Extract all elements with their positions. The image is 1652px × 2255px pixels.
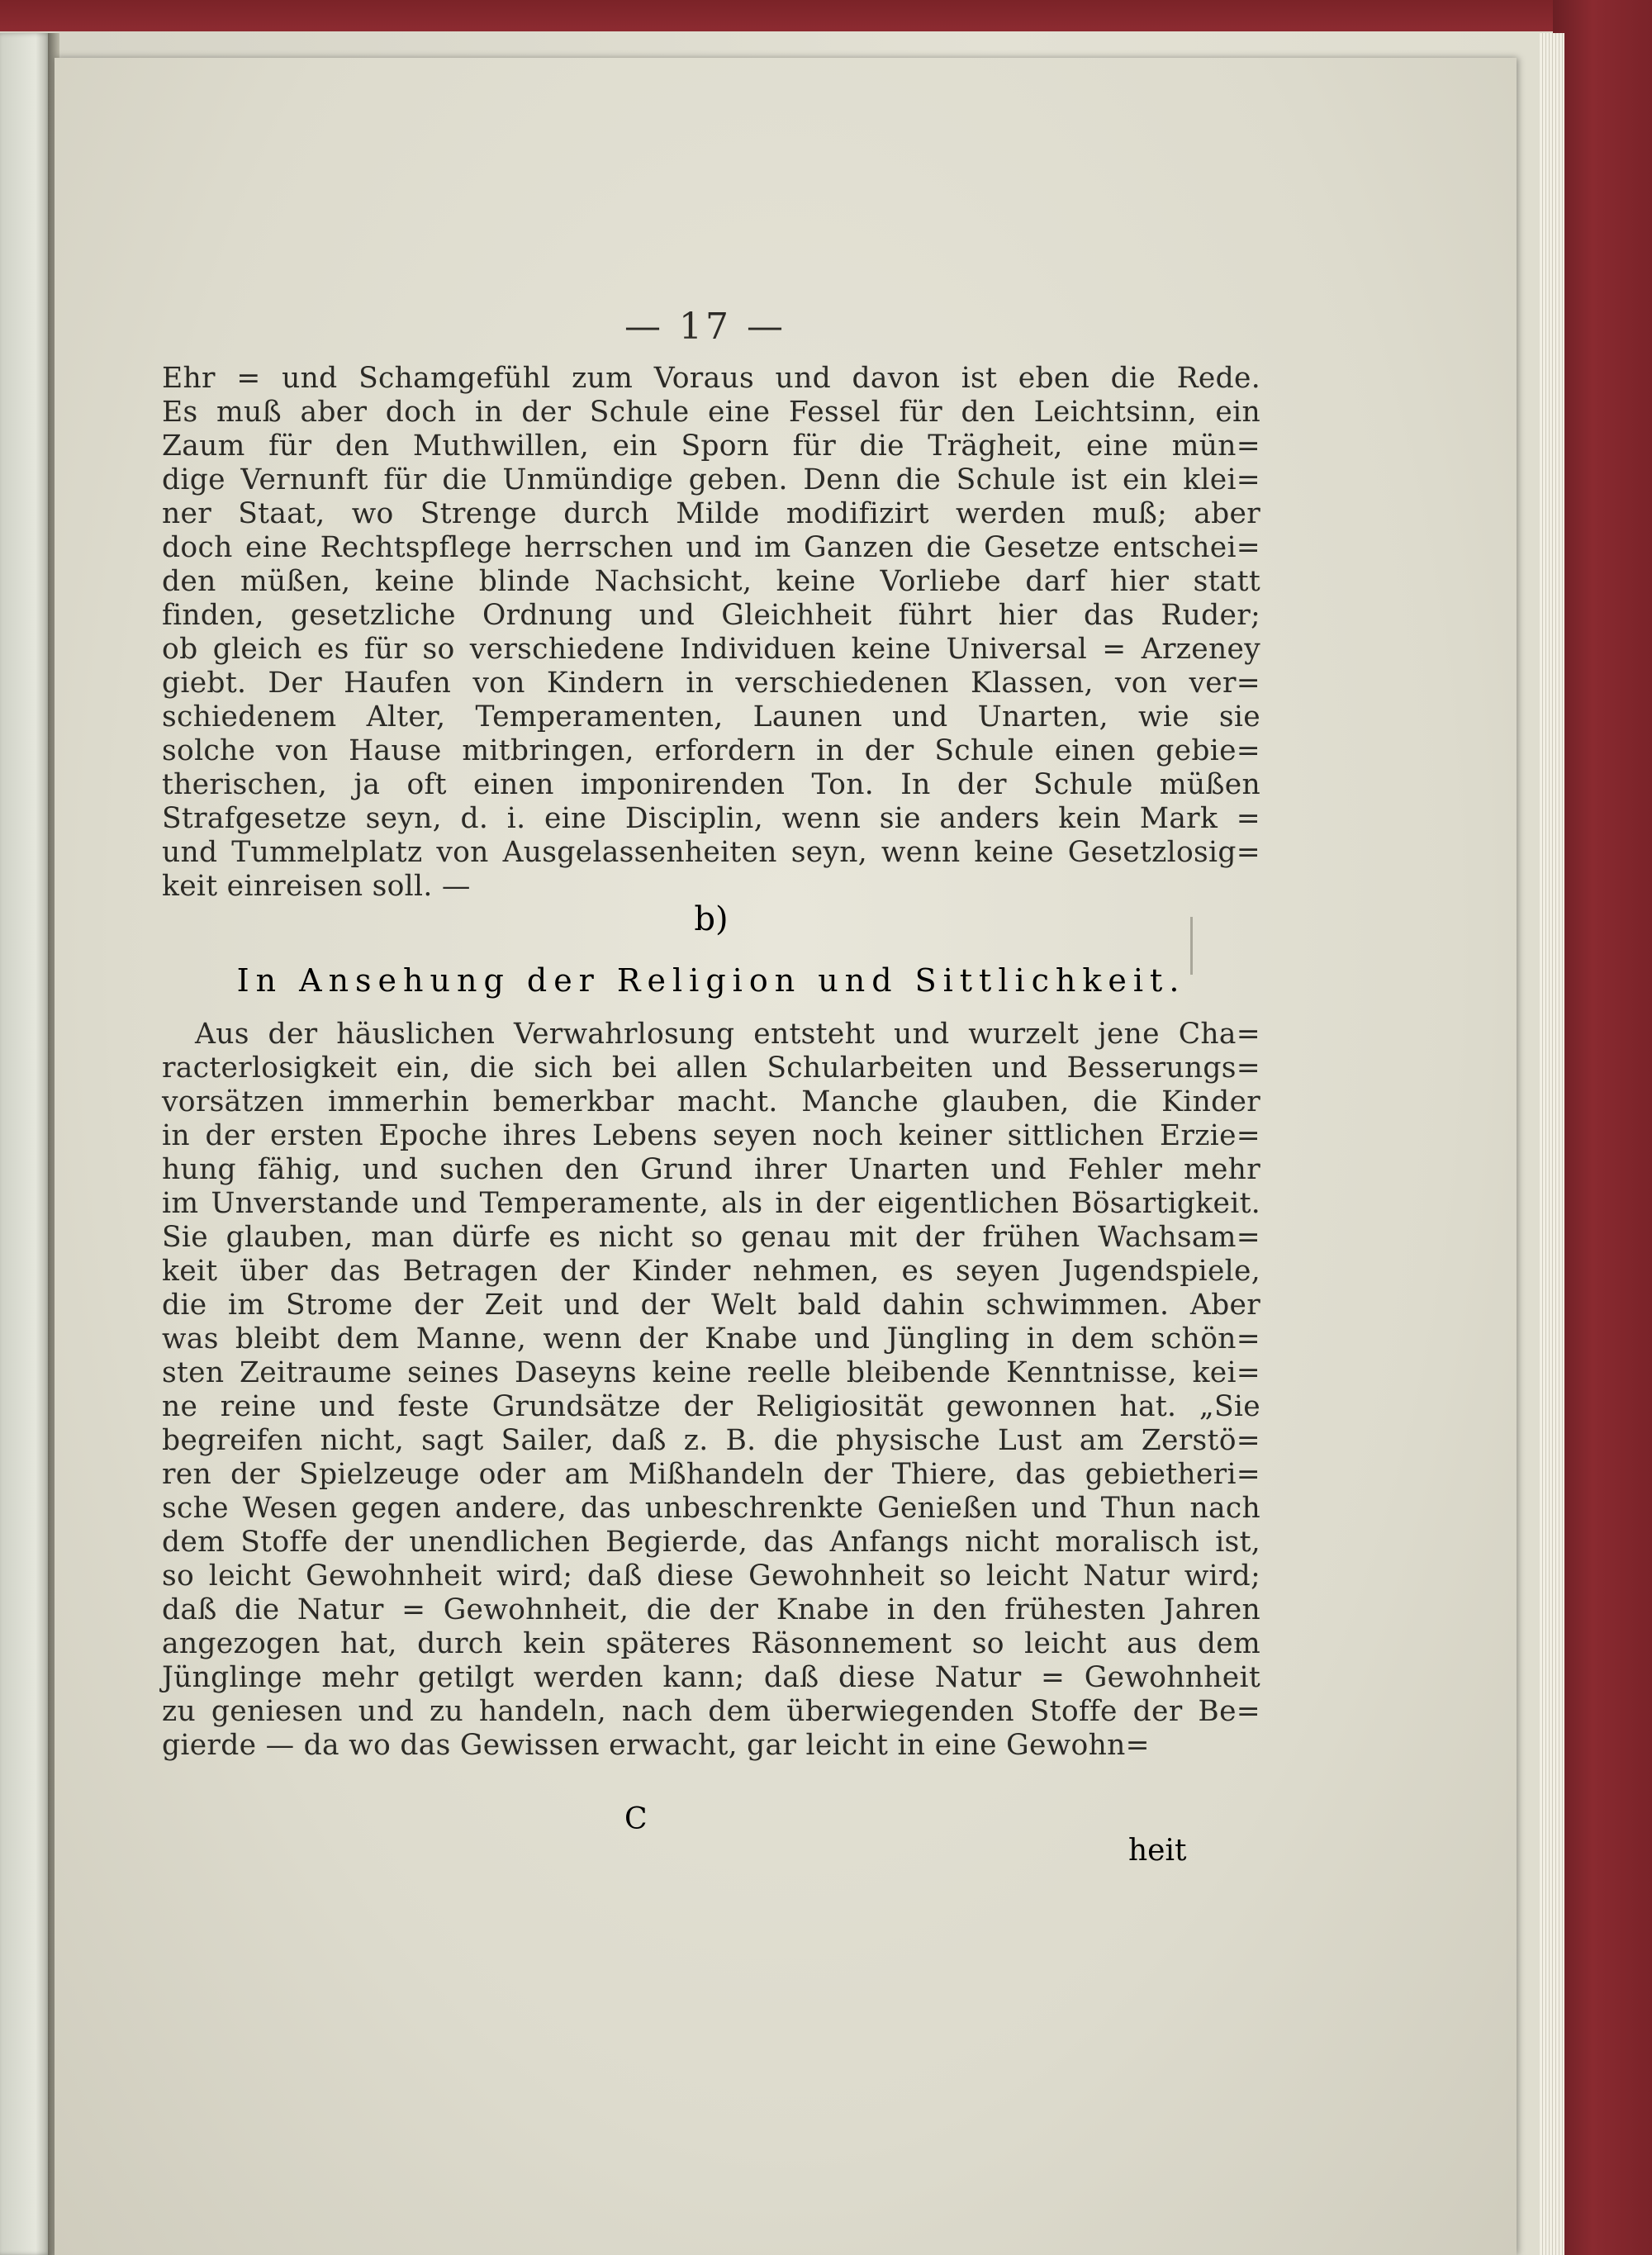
book-cover-right-edge	[1553, 0, 1652, 2255]
text-line: sche Wesen gegen andere, das unbeschrenk…	[162, 1492, 1260, 1526]
margin-mark	[1190, 917, 1193, 975]
text-line: doch eine Rechtspflege herrschen und im …	[162, 531, 1260, 565]
catchword: heit	[1128, 1834, 1186, 1868]
text-line: giebt. Der Haufen von Kindern in verschi…	[162, 667, 1260, 700]
signature-mark: C	[624, 1802, 648, 1836]
text-line: keit einreisen soll. —	[162, 870, 1260, 904]
text-line: Sie glauben, man dürfe es nicht so genau…	[162, 1221, 1260, 1255]
text-line: Strafgesetze seyn, d. i. eine Disciplin,…	[162, 802, 1260, 836]
page-stack-edges	[1540, 33, 1564, 2255]
text-line: was bleibt dem Manne, wenn der Knabe und…	[162, 1322, 1260, 1356]
text-line: racterlosigkeit ein, die sich bei allen …	[162, 1052, 1260, 1085]
page-number: — 17 —	[624, 306, 786, 348]
text-line: ren der Spielzeuge oder am Mißhandeln de…	[162, 1458, 1260, 1492]
text-line: in der ersten Epoche ihres Lebens seyen …	[162, 1119, 1260, 1153]
text-line: ner Staat, wo Strenge durch Milde modifi…	[162, 497, 1260, 531]
text-line: angezogen hat, durch kein späteres Räson…	[162, 1627, 1260, 1661]
paragraph-1: Ehr = und Schamgefühl zum Voraus und dav…	[162, 362, 1260, 904]
text-line: gierde — da wo das Gewissen erwacht, gar…	[162, 1729, 1260, 1763]
text-line: hung fähig, und suchen den Grund ihrer U…	[162, 1153, 1260, 1187]
text-line: und Tummelplatz von Ausgelassenheiten se…	[162, 836, 1260, 870]
book-page: — 17 — Ehr = und Schamgefühl zum Voraus …	[55, 58, 1517, 2255]
book-cover-top-edge	[0, 0, 1652, 31]
text-line: therischen, ja oft einen imponirenden To…	[162, 768, 1260, 802]
text-line: schiedenem Alter, Temperamenten, Launen …	[162, 700, 1260, 734]
paragraph-2: Aus der häuslichen Verwahrlosung entsteh…	[162, 1018, 1260, 1763]
text-line: zu geniesen und zu handeln, nach dem übe…	[162, 1695, 1260, 1729]
text-line: dige Vernunft für die Unmündige geben. D…	[162, 463, 1260, 497]
text-line: Aus der häuslichen Verwahrlosung entsteh…	[162, 1018, 1260, 1052]
text-line: keit über das Betragen der Kinder nehmen…	[162, 1255, 1260, 1289]
text-line: ob gleich es für so verschiedene Individ…	[162, 633, 1260, 667]
text-line: Es muß aber doch in der Schule eine Fess…	[162, 396, 1260, 430]
text-line: vorsätzen immerhin bemerkbar macht. Manc…	[162, 1085, 1260, 1119]
text-line: Ehr = und Schamgefühl zum Voraus und dav…	[162, 362, 1260, 396]
text-line: die im Strome der Zeit und der Welt bald…	[162, 1289, 1260, 1322]
text-line: den müßen, keine blinde Nachsicht, keine…	[162, 565, 1260, 599]
text-line: Zaum für den Muthwillen, ein Sporn für d…	[162, 430, 1260, 463]
section-marker: b)	[162, 900, 1260, 938]
text-line: solche von Hause mitbringen, erfordern i…	[162, 734, 1260, 768]
facing-page-edge	[0, 33, 51, 2255]
text-line: ne reine und feste Grundsätze der Religi…	[162, 1390, 1260, 1424]
text-line: begreifen nicht, sagt Sailer, daß z. B. …	[162, 1424, 1260, 1458]
text-line: im Unverstande und Temperamente, als in …	[162, 1187, 1260, 1221]
text-line: finden, gesetzliche Ordnung und Gleichhe…	[162, 599, 1260, 633]
text-line: dem Stoffe der unendlichen Begierde, das…	[162, 1526, 1260, 1560]
text-line: sten Zeitraume seines Daseyns keine reel…	[162, 1356, 1260, 1390]
section-heading: In Ansehung der Religion und Sittlichkei…	[162, 962, 1260, 999]
text-line: so leicht Gewohnheit wird; daß diese Gew…	[162, 1560, 1260, 1593]
text-line: daß die Natur = Gewohnheit, die der Knab…	[162, 1593, 1260, 1627]
text-line: Jünglinge mehr getilgt werden kann; daß …	[162, 1661, 1260, 1695]
